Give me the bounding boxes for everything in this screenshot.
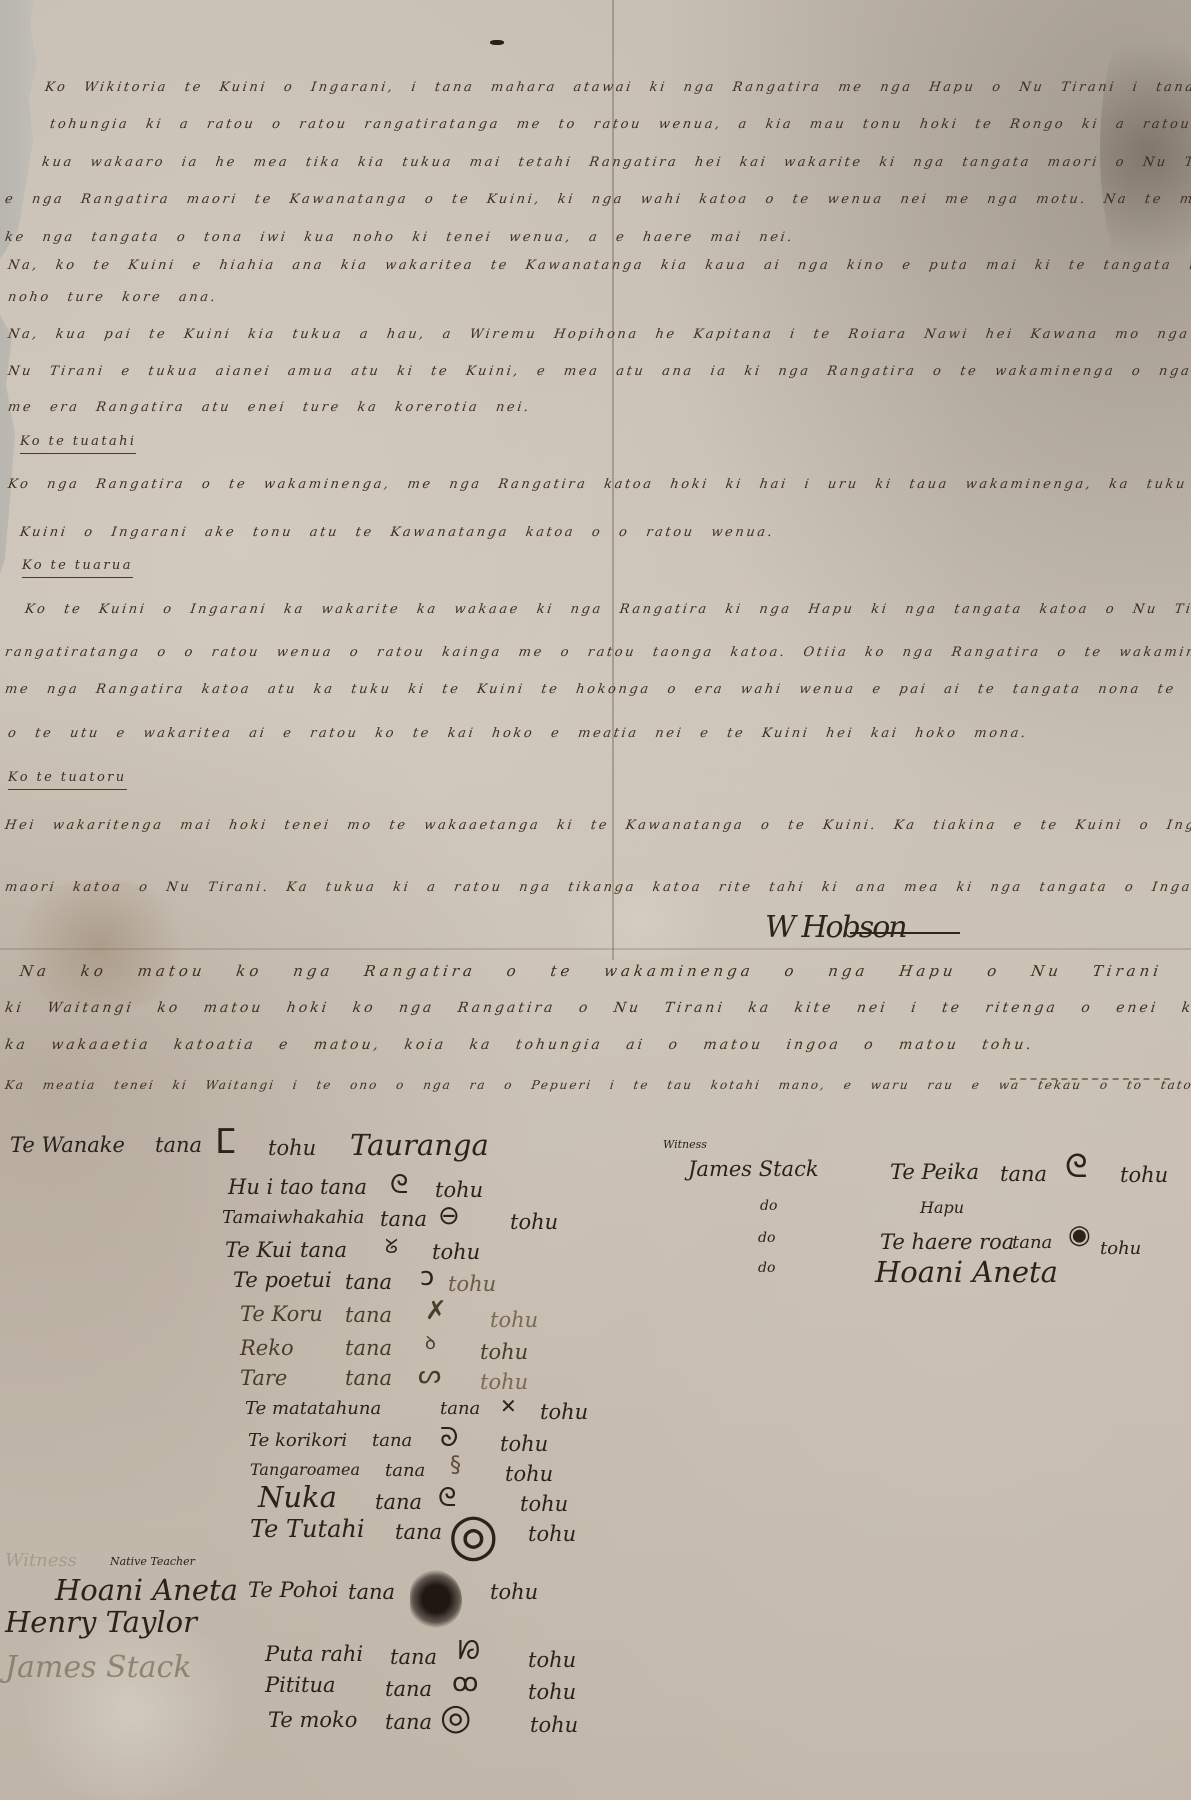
signatory-tohu: tohu (268, 1136, 316, 1160)
article-2-line: rangatiratanga o o ratou wenua o ratou k… (4, 645, 1191, 660)
preamble-line: noho ture kore ana. (7, 290, 218, 305)
moko-spiral-icon: ᘐ (440, 1425, 458, 1451)
signatory-tohu: tohu (510, 1210, 558, 1234)
stain (0, 1620, 260, 1800)
preamble-line: ke nga tangata o tona iwi kua noho ki te… (4, 230, 795, 245)
signatory-tohu: tohu (528, 1522, 576, 1546)
signatory-name: Tare (240, 1366, 287, 1390)
witness-hoani-aneta: Hoani Aneta (55, 1573, 238, 1607)
signatory-name: Tangaroamea (250, 1460, 360, 1479)
signatory-name: Nuka (258, 1480, 337, 1514)
signatory-name: Te moko (268, 1708, 357, 1732)
signatory-name: Pititua (265, 1673, 336, 1697)
closing-line: ka wakaaetia katoatia e matou, koia ka t… (4, 1037, 1035, 1053)
witness-label: Witness (663, 1138, 707, 1151)
ditto-mark: do (758, 1260, 775, 1276)
signatory-tohu: tohu (520, 1492, 568, 1516)
signatory-name: Reko (240, 1336, 294, 1360)
moko-small-loop-icon: ꝺ (425, 1335, 436, 1353)
fold-line-horizontal (0, 948, 1191, 950)
signatory-tohu: tohu (480, 1340, 528, 1364)
signatory-name: Tamaiwhakahia (222, 1207, 364, 1228)
moko-spiral-icon: ◉ (1068, 1222, 1091, 1248)
stain (1100, 0, 1191, 300)
preamble-line: Ko Wikitoria te Kuini o Ingarani, i tana… (44, 80, 1191, 95)
torn-left-edge (0, 0, 60, 700)
signatory-tana: tana (375, 1490, 422, 1514)
signatory-name: Te Peika (890, 1160, 979, 1184)
article-2-line: Ko te Kuini o Ingarani ka wakarite ka wa… (24, 602, 1191, 617)
article-3-line: maori katoa o Nu Tirani. Ka tukua ki a r… (4, 880, 1191, 895)
parchment-sheet: Ko Wikitoria te Kuini o Ingarani, i tana… (0, 0, 1191, 1800)
ink-blot-moko (410, 1570, 462, 1628)
signatory-tohu: tohu (500, 1432, 548, 1456)
moko-loop-icon: ↄ (420, 1264, 434, 1290)
moko-cross-icon: ✗ (425, 1298, 447, 1324)
signatory-name: Te Kui (225, 1238, 292, 1262)
signatory-tohu: tohu (490, 1580, 538, 1604)
signatory-tohu: tohu (540, 1400, 588, 1424)
moko-scroll-icon: § (450, 1455, 461, 1477)
signatory-name: Te Koru (240, 1302, 323, 1326)
signatory-tana: tana (385, 1677, 432, 1701)
preamble-line: Na, ko te Kuini e hiahia ana kia wakarit… (7, 258, 1191, 273)
signatory-name: Te Pohoi (248, 1578, 338, 1602)
signatory-place: Tauranga (350, 1128, 489, 1162)
signatory-name: Te Wanake (10, 1133, 125, 1157)
moko-spiral-icon: ◎ (440, 1700, 471, 1736)
signatory-tohu: tohu (528, 1648, 576, 1672)
preamble-line: e nga Rangatira maori te Kawanatanga o t… (4, 192, 1191, 207)
signatory-tana: tana (300, 1238, 347, 1262)
signatory-tana: tana (380, 1207, 427, 1231)
witness-faded-mark: Witness (5, 1550, 77, 1571)
signatory-tana: tana (348, 1580, 395, 1604)
article-2-line: o te utu e wakaritea ai e ratou ko te ka… (7, 726, 1029, 741)
preamble-line: kua wakaaro ia he mea tika kia tukua mai… (41, 155, 1191, 170)
ditto-mark: do (760, 1198, 777, 1214)
moko-loop-icon: ⵎ (215, 1125, 236, 1159)
signatory-tohu: tohu (1100, 1238, 1141, 1259)
signatory-tohu: tohu (435, 1178, 483, 1202)
signatory-tana: tana (1012, 1232, 1052, 1253)
signatory-name: Puta rahi (265, 1642, 363, 1666)
signatory-tana: tana (1000, 1162, 1047, 1186)
signatory-tohu: tohu (448, 1272, 496, 1296)
moko-spiral-icon: ᘓ (390, 1172, 408, 1198)
preamble-line: Nu Tirani e tukua aianei amua atu ki te … (7, 364, 1191, 379)
signatory-tohu: tohu (432, 1240, 480, 1264)
article-2-line: me nga Rangatira katoa atu ka tuku ki te… (4, 682, 1191, 697)
article-2-heading: Ko te tuarua (22, 558, 133, 578)
signatory-name: Te korikori (248, 1430, 347, 1451)
signatory-tohu: tohu (505, 1462, 553, 1486)
signatory-tana: tana (440, 1398, 480, 1419)
signatory-tana: tana (372, 1430, 412, 1451)
article-3-line: Hei wakaritenga mai hoki tenei mo te wak… (4, 818, 1191, 833)
signatory-tana: tana (345, 1366, 392, 1390)
signatory-tana: tana (320, 1175, 367, 1199)
signatory-tana: tana (345, 1303, 392, 1327)
signatory-name: Hoani Aneta (875, 1255, 1058, 1289)
signatory-tohu: tohu (530, 1713, 578, 1737)
moko-cross-icon: ✕ (500, 1396, 517, 1416)
moko-large-spiral-icon: ◎ (448, 1505, 499, 1563)
witness-henry-taylor: Henry Taylor (5, 1605, 197, 1639)
closing-line: Na ko matou ko nga Rangatira o te wakami… (19, 962, 1191, 980)
witness-james-stack: James Stack (688, 1157, 819, 1181)
signatory-tana: tana (155, 1133, 202, 1157)
moko-eye-icon: ⊖ (438, 1203, 460, 1229)
stain (0, 880, 200, 1010)
preamble-line: tohungia ki a ratou o ratou rangatiratan… (49, 117, 1191, 132)
moko-spiral-icon: ᘓ (1065, 1150, 1088, 1182)
ditto-mark: do (758, 1230, 775, 1246)
governor-signature: W Hobson (765, 910, 906, 945)
article-1-line: Ko nga Rangatira o te wakaminenga, me ng… (7, 477, 1191, 492)
signatory-name: Te poetui (233, 1268, 332, 1292)
moko-mark-icon: ᘜ (385, 1236, 398, 1256)
native-teacher-label: Native Teacher (110, 1555, 195, 1568)
signatory-tana: tana (395, 1520, 442, 1544)
moko-mark-icon: ᘗ (458, 1638, 480, 1664)
moko-knot-icon: ꝏ (452, 1670, 478, 1696)
witness-james-stack-faded: James Stack (5, 1650, 192, 1685)
signatory-tohu: tohu (528, 1680, 576, 1704)
article-1-line: Kuini o Ingarani ake tonu atu te Kawanat… (19, 525, 775, 540)
signatory-name: Te matatahuna (245, 1398, 381, 1419)
article-1-heading: Ko te tuatahi (20, 434, 136, 454)
signatory-name: Te haere roa (880, 1230, 1014, 1254)
preamble-line: me era Rangatira atu enei ture ka korero… (7, 400, 532, 415)
closing-line: ki Waitangi ko matou hoki ko nga Rangati… (4, 1000, 1191, 1016)
signatory-tana: tana (385, 1710, 432, 1734)
signatory-tohu: tohu (490, 1308, 538, 1332)
signatory-tana: tana (390, 1645, 437, 1669)
signatory-name: Hu i tao (228, 1175, 314, 1199)
moko-curl-icon: ᔕ (418, 1362, 441, 1388)
signatory-tohu: tohu (1120, 1163, 1168, 1187)
signatory-tohu: tohu (480, 1370, 528, 1394)
signatory-tana: tana (385, 1460, 425, 1481)
signatory-tana: tana (345, 1270, 392, 1294)
signatory-hapu: Hapu (920, 1198, 964, 1217)
closing-line: Ka meatia tenei ki Waitangi i te ono o n… (4, 1078, 1191, 1092)
article-3-heading: Ko te tuatoru (8, 770, 127, 790)
ink-mark-top (490, 40, 504, 45)
preamble-line: Na, kua pai te Kuini kia tukua a hau, a … (7, 327, 1191, 342)
signatory-tana: tana (345, 1336, 392, 1360)
signatory-name: Te Tutahi (250, 1515, 365, 1543)
